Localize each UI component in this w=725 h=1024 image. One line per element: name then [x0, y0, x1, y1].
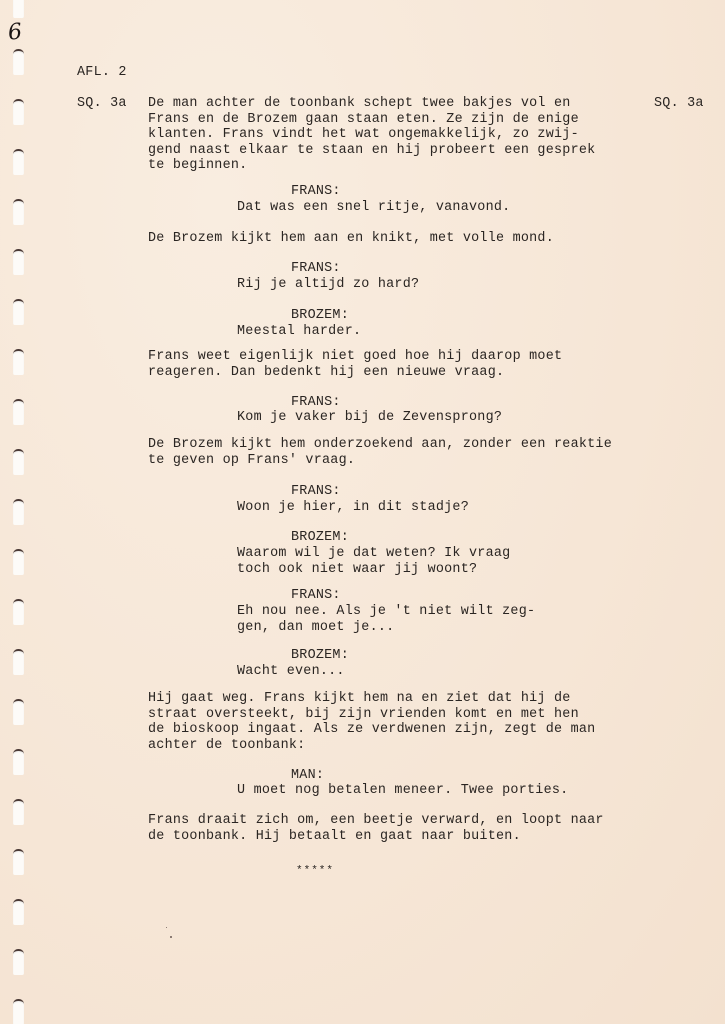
- dialogue-line: Woon je hier, in dit stadje?: [237, 500, 469, 516]
- character-name: FRANS:: [291, 395, 341, 411]
- binding-hole: [13, 349, 24, 375]
- dialogue-line: Kom je vaker bij de Zevensprong?: [237, 410, 502, 426]
- binding-hole: [13, 949, 24, 975]
- paper-speck: [166, 927, 167, 928]
- character-name: FRANS:: [291, 184, 341, 200]
- binding-hole: [13, 799, 24, 825]
- dialogue-line: Rij je altijd zo hard?: [237, 277, 419, 293]
- action-paragraph: Frans weet eigenlijk niet goed hoe hij d…: [148, 349, 562, 380]
- character-name: MAN:: [291, 768, 324, 784]
- dialogue-line: Eh nou nee. Als je 't niet wilt zeg- gen…: [237, 604, 535, 635]
- binding-hole: [13, 849, 24, 875]
- character-name: BROZEM:: [291, 648, 349, 664]
- binding-hole: [13, 499, 24, 525]
- character-name: FRANS:: [291, 484, 341, 500]
- character-name: FRANS:: [291, 588, 341, 604]
- binding-hole: [13, 199, 24, 225]
- binding-hole: [13, 899, 24, 925]
- binding-hole: [13, 749, 24, 775]
- handwritten-page-number: 6: [7, 19, 24, 45]
- binding-hole: [13, 299, 24, 325]
- character-name: FRANS:: [291, 261, 341, 277]
- sequence-label-right: SQ. 3a: [654, 96, 704, 112]
- action-paragraph: Hij gaat weg. Frans kijkt hem na en ziet…: [148, 691, 595, 753]
- paper-speck: [170, 936, 172, 938]
- binding-hole: [13, 999, 24, 1024]
- binding-hole: [13, 249, 24, 275]
- binding-hole: [13, 399, 24, 425]
- action-paragraph: De Brozem kijkt hem aan en knikt, met vo…: [148, 231, 554, 247]
- binding-holes: [0, 0, 40, 1024]
- binding-hole: [13, 49, 24, 75]
- binding-hole: [13, 149, 24, 175]
- dialogue-line: Wacht even...: [237, 664, 345, 680]
- scene-end-marker: *****: [296, 864, 334, 880]
- binding-hole: [13, 649, 24, 675]
- binding-hole: [13, 99, 24, 125]
- dialogue-line: Waarom wil je dat weten? Ik vraag toch o…: [237, 546, 510, 577]
- character-name: BROZEM:: [291, 530, 349, 546]
- dialogue-line: Dat was een snel ritje, vanavond.: [237, 200, 510, 216]
- action-paragraph: Frans draait zich om, een beetje verward…: [148, 813, 604, 844]
- action-paragraph: De Brozem kijkt hem onderzoekend aan, zo…: [148, 437, 612, 468]
- binding-hole: [13, 699, 24, 725]
- dialogue-line: U moet nog betalen meneer. Twee porties.: [237, 783, 568, 799]
- sequence-label-left: SQ. 3a: [77, 96, 127, 112]
- episode-label: AFL. 2: [77, 65, 127, 81]
- binding-hole: [13, 599, 24, 625]
- action-paragraph: De man achter de toonbank schept twee ba…: [148, 96, 595, 174]
- binding-hole: [13, 449, 24, 475]
- character-name: BROZEM:: [291, 308, 349, 324]
- binding-hole: [13, 549, 24, 575]
- dialogue-line: Meestal harder.: [237, 324, 361, 340]
- binding-hole: [13, 0, 24, 18]
